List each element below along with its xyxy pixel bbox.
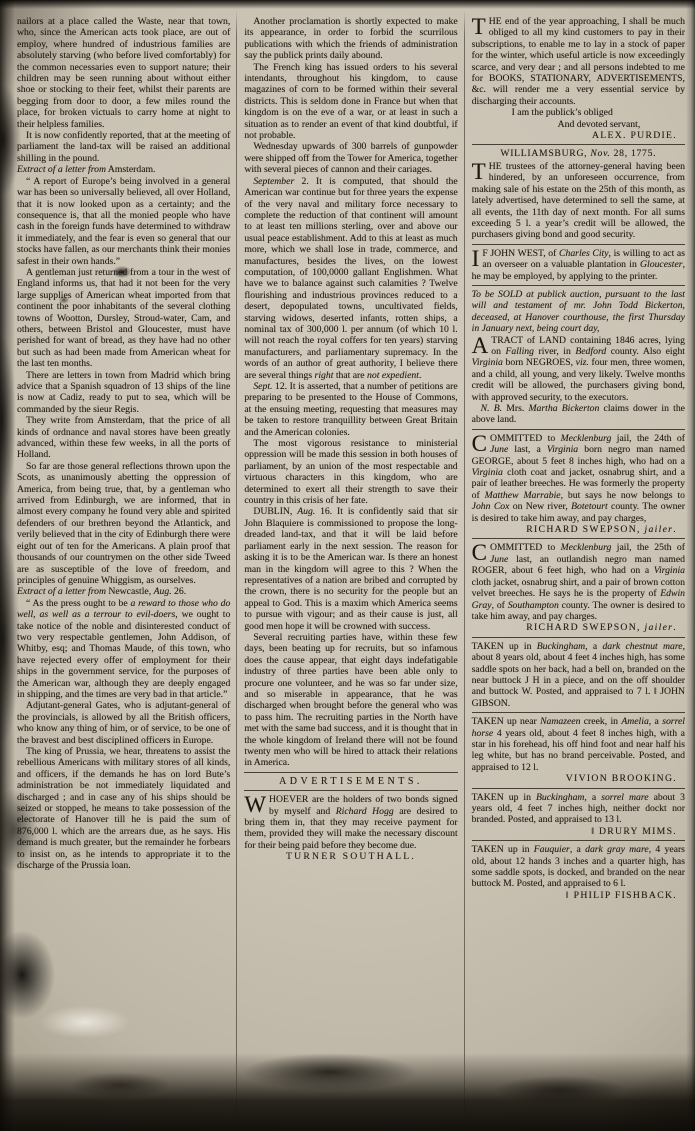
text-run: The French king has issued orders to his… (244, 62, 457, 141)
text-run: RICHARD SWEPSON, jailer. (526, 524, 677, 535)
text-run: Wednesday upwards of 300 barrels of gunp… (244, 141, 457, 175)
section-rule (472, 712, 685, 713)
section-rule (472, 144, 685, 145)
advertisement: TAKEN up in Buckingham, a sorrel mare ab… (472, 792, 685, 826)
news-paragraph: DUBLIN, Aug. 16. It is confidently said … (244, 506, 457, 631)
news-paragraph: There are letters in town from Madrid wh… (17, 370, 230, 416)
news-paragraph: nailors at a place called the Waste, nea… (17, 16, 230, 130)
letter-extract-heading: Extract of a letter from Newcastle, Aug.… (17, 586, 230, 597)
signature: TURNER SOUTHALL. (244, 851, 457, 862)
news-paragraph: “ As the press ought to be a reward to t… (17, 598, 230, 701)
news-paragraph: Sept. 12. It is asserted, that a number … (244, 381, 457, 438)
text-run: “ As the press ought to be a reward to t… (17, 598, 230, 700)
text-run: Another proclamation is shortly expected… (244, 16, 457, 61)
news-paragraph: Wednesday upwards of 300 barrels of gunp… (244, 141, 457, 175)
news-paragraph: Another proclamation is shortly expected… (244, 16, 457, 62)
text-run: ALEX. PURDIE. (592, 130, 677, 141)
news-paragraph: A gentleman just returned from a tour in… (17, 267, 230, 370)
text-run: Extract of a letter from Amsterdam. (17, 164, 155, 175)
news-paragraph: Several recruiting parties have, within … (244, 632, 457, 769)
text-run: It is now confidently reported, that at … (17, 130, 230, 164)
news-paragraph: The most vigorous resistance to minister… (244, 438, 457, 506)
section-rule (472, 788, 685, 789)
text-run: TAKEN up in Buckingham, a dark chestnut … (472, 641, 685, 709)
text-run: OMMITTED to Mecklenburg jail, the 24th o… (472, 433, 685, 524)
drop-cap: C (472, 433, 490, 453)
drop-cap: I (472, 248, 483, 268)
advertisement: THE end of the year approaching, I shall… (472, 16, 685, 107)
section-rule (244, 772, 457, 773)
text-run: Adjutant-general Gates, who is adjutant-… (17, 700, 230, 745)
advertisement: TAKEN up in Fauquier, a dark gray mare, … (472, 844, 685, 890)
section-rule (472, 840, 685, 841)
closing-line: I am the publick’s obliged (472, 107, 685, 118)
text-run: “ A report of Europe’s being involved in… (17, 176, 230, 267)
drop-cap: C (472, 542, 490, 562)
section-rule (472, 244, 685, 245)
section-rule (472, 285, 685, 286)
text-run: TURNER SOUTHALL. (286, 851, 416, 862)
news-paragraph: Adjutant-general Gates, who is adjutant-… (17, 700, 230, 746)
news-paragraph: The king of Prussia, we hear, threatens … (17, 746, 230, 871)
text-run: F JOHN WEST, of Charles City, is willing… (472, 248, 685, 282)
signature: ‖ PHILIP FISHBACK. (472, 890, 685, 901)
closing-line: And devoted servant, (472, 119, 685, 130)
text-run: I am the publick’s obliged (512, 107, 613, 118)
text-run: TAKEN up in Buckingham, a sorrel mare ab… (472, 792, 685, 826)
text-run: Several recruiting parties have, within … (244, 632, 457, 768)
page-columns: nailors at a place called the Waste, nea… (10, 6, 691, 1131)
text-run: HOEVER are the holders of two bonds sign… (244, 794, 457, 851)
section-rule (244, 790, 457, 791)
signature: RICHARD SWEPSON, jailer. (472, 524, 685, 535)
news-paragraph: It is now confidently reported, that at … (17, 130, 230, 164)
text-run: N. B. Mrs. Martha Bickerton claims dower… (472, 403, 685, 425)
text-run: TAKEN up in Fauquier, a dark gray mare, … (472, 844, 685, 889)
advertisement: TAKEN up near Namazeen creek, in Amelia,… (472, 716, 685, 773)
advertisement: COMMITTED to Mecklenburg jail, the 24th … (472, 433, 685, 524)
column-3: THE end of the year approaching, I shall… (465, 6, 691, 1131)
signature: ‖ DRURY MIMS. (472, 826, 685, 837)
text-run: ‖ PHILIP FISHBACK. (566, 890, 677, 901)
section-rule (472, 538, 685, 539)
text-run: To be SOLD at publick auction, pursuant … (472, 289, 685, 334)
advertisement: COMMITTED to Mecklenburg jail, the 25th … (472, 542, 685, 622)
newspaper-page-scan: { "page": { "paper_color": "#cac3b4", "i… (0, 0, 695, 1131)
text-run: TAKEN up near Namazeen creek, in Amelia,… (472, 716, 685, 773)
drop-cap: T (472, 16, 489, 36)
column-1: nailors at a place called the Waste, nea… (10, 6, 236, 1131)
text-run: RICHARD SWEPSON, jailer. (526, 622, 677, 633)
text-run: There are letters in town from Madrid wh… (17, 370, 230, 415)
news-paragraph: They write from Amsterdam, that the pric… (17, 415, 230, 461)
drop-cap: W (244, 794, 269, 814)
drop-cap: A (472, 335, 492, 355)
text-run: VIVION BROOKING. (566, 773, 677, 784)
news-paragraph: September 2. It is computed, that should… (244, 176, 457, 381)
text-run: HE trustees of the attorney-general havi… (472, 161, 685, 240)
text-run: OMMITTED to Mecklenburg jail, the 25th o… (472, 542, 685, 621)
advertisement: TAKEN up in Buckingham, a dark chestnut … (472, 641, 685, 709)
signature: ALEX. PURDIE. (472, 130, 685, 141)
section-rule (472, 429, 685, 430)
text-run: TRACT of LAND containing 1846 acres, lyi… (472, 335, 685, 403)
drop-cap: T (472, 161, 489, 181)
advertisement: IF JOHN WEST, of Charles City, is willin… (472, 248, 685, 282)
advertisement: N. B. Mrs. Martha Bickerton claims dower… (472, 403, 685, 426)
text-run: Sept. 12. It is asserted, that a number … (244, 381, 457, 438)
advertisement: THE trustees of the attorney-general hav… (472, 161, 685, 241)
text-run: HE end of the year approaching, I shall … (472, 16, 685, 107)
news-paragraph: The French king has issued orders to his… (244, 62, 457, 142)
column-2: Another proclamation is shortly expected… (237, 6, 463, 1131)
section-rule (472, 637, 685, 638)
text-run: A gentleman just returned from a tour in… (17, 267, 230, 369)
text-run: ‖ DRURY MIMS. (591, 826, 677, 837)
text-run: And devoted servant, (558, 119, 641, 130)
advertisement: WHOEVER are the holders of two bonds sig… (244, 794, 457, 851)
text-run: WILLIAMSBURG, Nov. 28, 1775. (500, 148, 656, 159)
advertisement: ATRACT of LAND containing 1846 acres, ly… (472, 335, 685, 403)
text-run: ADVERTISEMENTS. (279, 776, 423, 787)
text-run: September 2. It is computed, that should… (244, 176, 457, 381)
signature: VIVION BROOKING. (472, 773, 685, 784)
text-run: Extract of a letter from Newcastle, Aug.… (17, 586, 186, 597)
text-run: They write from Amsterdam, that the pric… (17, 415, 230, 460)
advertisements-heading: ADVERTISEMENTS. (244, 776, 457, 787)
text-run: DUBLIN, Aug. 16. It is confidently said … (244, 506, 457, 631)
text-run: The most vigorous resistance to minister… (244, 438, 457, 506)
text-run: The king of Prussia, we hear, threatens … (17, 746, 230, 871)
text-run: So far are those general reflections thr… (17, 461, 230, 586)
text-run: nailors at a place called the Waste, nea… (17, 16, 230, 130)
news-paragraph: “ A report of Europe’s being involved in… (17, 176, 230, 267)
dateline: WILLIAMSBURG, Nov. 28, 1775. (472, 148, 685, 159)
letter-extract-heading: Extract of a letter from Amsterdam. (17, 164, 230, 175)
signature: RICHARD SWEPSON, jailer. (472, 622, 685, 633)
advertisement: To be SOLD at publick auction, pursuant … (472, 289, 685, 335)
news-paragraph: So far are those general reflections thr… (17, 461, 230, 586)
